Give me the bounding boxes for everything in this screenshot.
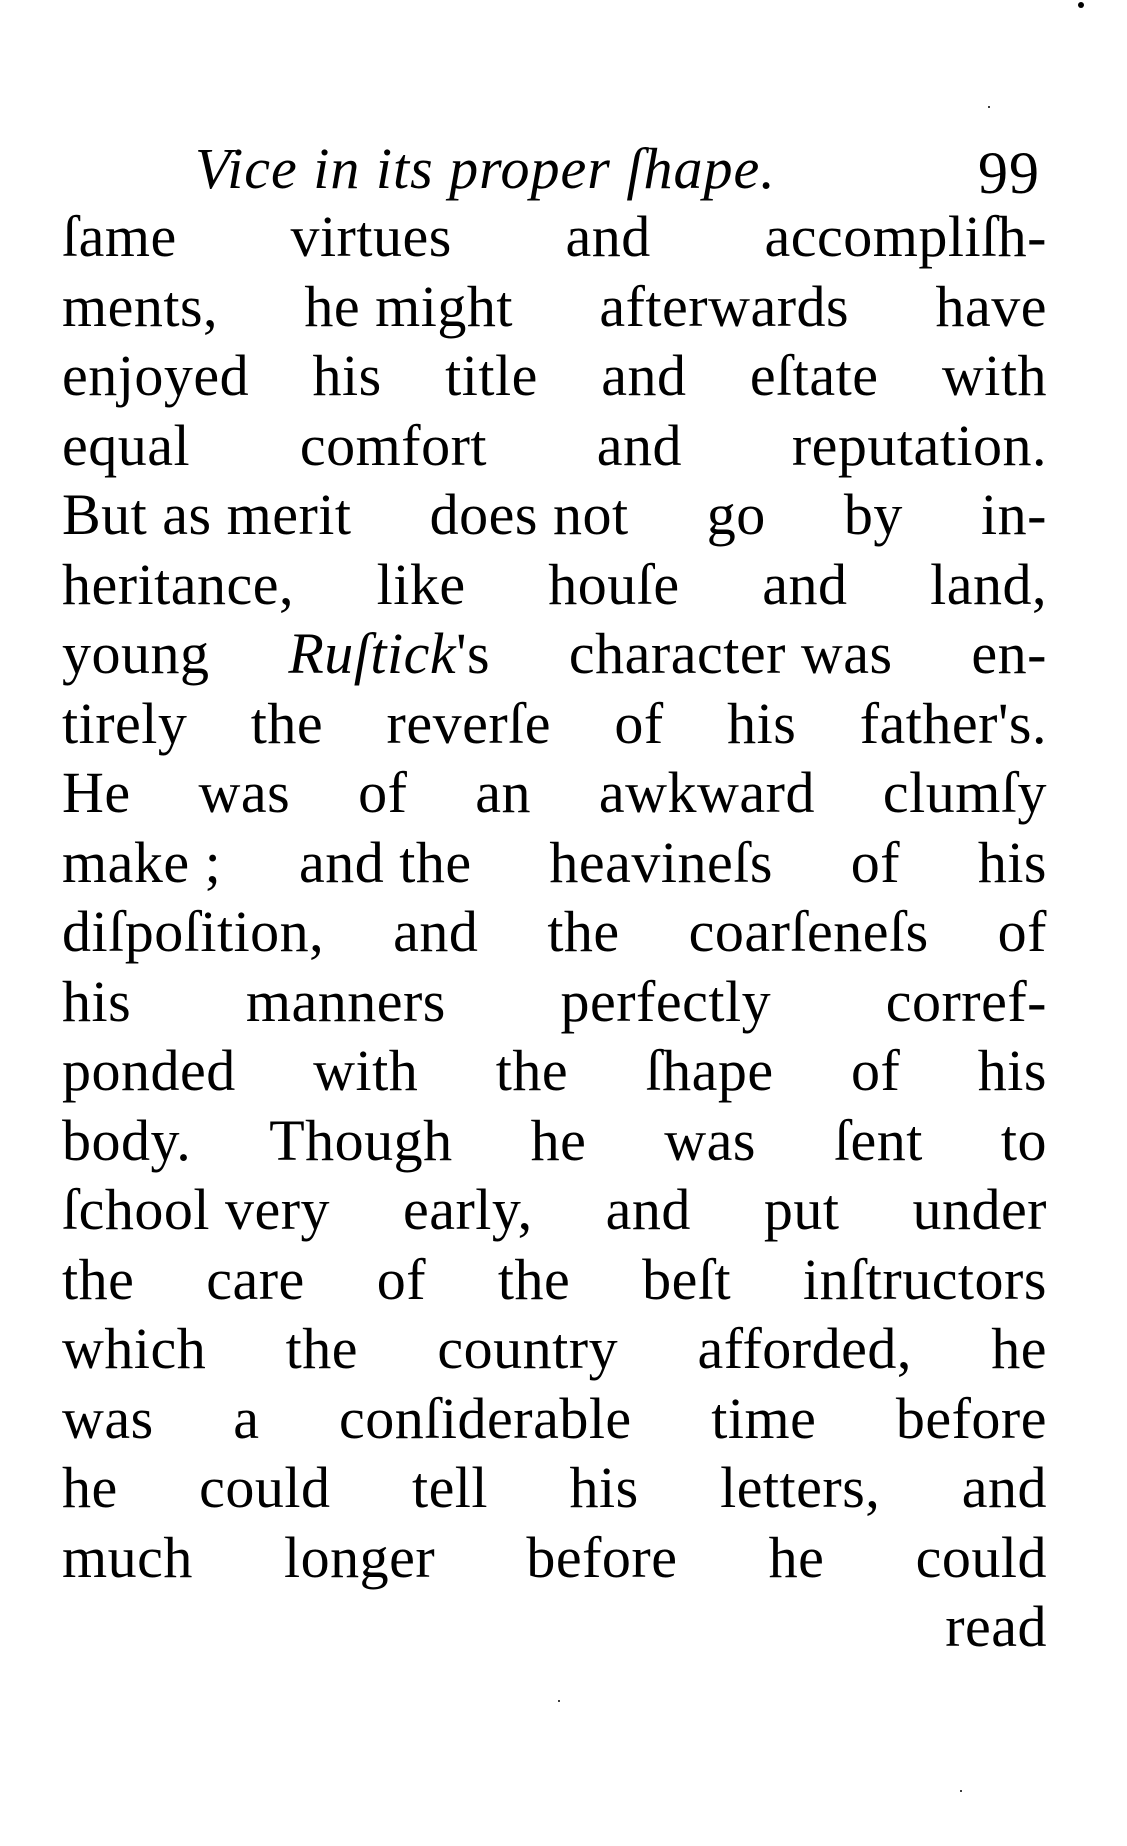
word: a	[233, 1384, 259, 1454]
word: afterwards	[599, 272, 849, 342]
word: title	[445, 341, 538, 411]
text-line-5: But as merit does not go by in-	[62, 480, 1047, 550]
ink-speck	[988, 106, 990, 108]
word: and	[762, 550, 847, 620]
word: of	[851, 1036, 900, 1106]
word: his	[62, 967, 131, 1037]
word: the	[498, 1245, 570, 1315]
word: go	[707, 480, 766, 550]
word: manners	[246, 967, 446, 1037]
word: eſtate	[750, 341, 879, 411]
word: ſhape	[646, 1036, 774, 1106]
word: ſchool very	[62, 1175, 330, 1245]
word: and the	[299, 828, 472, 898]
word: the	[62, 1245, 134, 1315]
word: he	[769, 1523, 825, 1593]
word: perfectly	[561, 967, 772, 1037]
word: in-	[981, 480, 1047, 550]
word: clumſy	[883, 758, 1047, 828]
ink-speck	[558, 1700, 560, 1702]
word: awkward	[599, 758, 815, 828]
text-line-18: was a conſiderable time before	[62, 1384, 1047, 1454]
word: he might	[304, 272, 513, 342]
word: his	[978, 1036, 1047, 1106]
page-number: 99	[978, 138, 1040, 208]
word: and	[566, 202, 651, 272]
word: before	[896, 1384, 1047, 1454]
word: heavineſs	[549, 828, 773, 898]
word: letters,	[720, 1453, 880, 1523]
word: put	[764, 1175, 840, 1245]
text-line-9: He was of an awkward clumſy	[62, 758, 1047, 828]
word: of	[614, 689, 663, 759]
word: ſame	[62, 202, 177, 272]
italic-name: Ruſtick's	[288, 619, 490, 689]
word: land,	[930, 550, 1047, 620]
word: which	[62, 1314, 206, 1384]
word: tirely	[62, 689, 187, 759]
text-line-15: ſchool very early, and put under	[62, 1175, 1047, 1245]
word: the	[286, 1314, 358, 1384]
word: he	[62, 1453, 118, 1523]
word: corref-	[886, 967, 1047, 1037]
text-line-16: the care of the beſt inſtructors	[62, 1245, 1047, 1315]
word: He	[62, 758, 131, 828]
word: early,	[403, 1175, 533, 1245]
text-line-3: enjoyed his title and eſtate with	[62, 341, 1047, 411]
word: his	[727, 689, 796, 759]
word: under	[912, 1175, 1047, 1245]
word: and	[606, 1175, 691, 1245]
word: care	[206, 1245, 305, 1315]
word: was	[199, 758, 291, 828]
word: could	[916, 1523, 1047, 1593]
word: ments,	[62, 272, 218, 342]
word: have	[935, 272, 1047, 342]
word: body.	[62, 1106, 191, 1176]
word: with	[942, 341, 1047, 411]
word: diſpoſition,	[62, 897, 324, 967]
catchword-line: read	[62, 1592, 1047, 1662]
word: before	[526, 1523, 677, 1593]
text-line-6: heritance, like houſe and land,	[62, 550, 1047, 620]
word: the	[251, 689, 323, 759]
word: coarſeneſs	[689, 897, 929, 967]
word: an	[475, 758, 531, 828]
word: ponded	[62, 1036, 236, 1106]
text-line-4: equal comfort and reputation.	[62, 411, 1047, 481]
word: and	[962, 1453, 1047, 1523]
word: and	[597, 411, 682, 481]
word: his	[978, 828, 1047, 898]
word: his	[569, 1453, 638, 1523]
text-line-17: which the country afforded, he	[62, 1314, 1047, 1384]
ink-speck	[1078, 2, 1084, 8]
word: ſent	[834, 1106, 923, 1176]
word: father's.	[860, 689, 1047, 759]
word: country	[437, 1314, 618, 1384]
word: of	[377, 1245, 426, 1315]
word: inſtructors	[803, 1245, 1047, 1315]
word: and	[393, 897, 478, 967]
text-line-8: tirely the reverſe of his father's.	[62, 689, 1047, 759]
word: character was	[569, 619, 893, 689]
text-line-11: diſpoſition, and the coarſeneſs of	[62, 897, 1047, 967]
word: to	[1001, 1106, 1047, 1176]
word: his	[313, 341, 382, 411]
word: enjoyed	[62, 341, 249, 411]
word: beſt	[642, 1245, 731, 1315]
ink-speck	[960, 1790, 962, 1792]
body-text: ſame virtues and accompliſh- ments, he m…	[62, 202, 1047, 1662]
word: time	[711, 1384, 816, 1454]
word: young	[62, 619, 210, 689]
word: much	[62, 1523, 193, 1593]
word: reverſe	[387, 689, 551, 759]
word: he	[991, 1314, 1047, 1384]
running-title: Vice in its proper ſhape.	[195, 134, 776, 204]
catchword: read	[945, 1592, 1047, 1662]
word: comfort	[300, 411, 487, 481]
word: But as merit	[62, 480, 352, 550]
word: afforded,	[697, 1314, 911, 1384]
word: houſe	[548, 550, 679, 620]
word: could	[199, 1453, 330, 1523]
running-head: Vice in its proper ſhape. 99	[195, 120, 1040, 210]
word: longer	[284, 1523, 435, 1593]
word: Though	[269, 1106, 452, 1176]
word: en-	[971, 619, 1047, 689]
text-line-2: ments, he might afterwards have	[62, 272, 1047, 342]
word: conſiderable	[339, 1384, 632, 1454]
text-line-1: ſame virtues and accompliſh-	[62, 202, 1047, 272]
word: equal	[62, 411, 190, 481]
text-line-10: make ; and the heavineſs of his	[62, 828, 1047, 898]
word: was	[62, 1384, 154, 1454]
word: accompliſh-	[764, 202, 1047, 272]
possessive: 's	[456, 621, 490, 686]
word: the	[496, 1036, 568, 1106]
word: of	[358, 758, 407, 828]
word: virtues	[290, 202, 451, 272]
word: and	[601, 341, 686, 411]
word: he	[531, 1106, 587, 1176]
text-line-20: much longer before he could	[62, 1523, 1047, 1593]
word: does not	[430, 480, 629, 550]
text-line-12: his manners perfectly corref-	[62, 967, 1047, 1037]
text-line-14: body. Though he was ſent to	[62, 1106, 1047, 1176]
word: make ;	[62, 828, 221, 898]
word: like	[377, 550, 466, 620]
book-page: Vice in its proper ſhape. 99 ſame virtue…	[0, 0, 1127, 1846]
word: by	[844, 480, 903, 550]
word: of	[998, 897, 1047, 967]
text-line-13: ponded with the ſhape of his	[62, 1036, 1047, 1106]
text-line-19: he could tell his letters, and	[62, 1453, 1047, 1523]
word: with	[313, 1036, 418, 1106]
word: of	[851, 828, 900, 898]
character-name: Ruſtick	[288, 621, 456, 686]
word: was	[664, 1106, 756, 1176]
word: heritance,	[62, 550, 294, 620]
word: tell	[412, 1453, 488, 1523]
word: reputation.	[792, 411, 1047, 481]
word: the	[547, 897, 619, 967]
text-line-7: young Ruſtick's character was en-	[62, 619, 1047, 689]
